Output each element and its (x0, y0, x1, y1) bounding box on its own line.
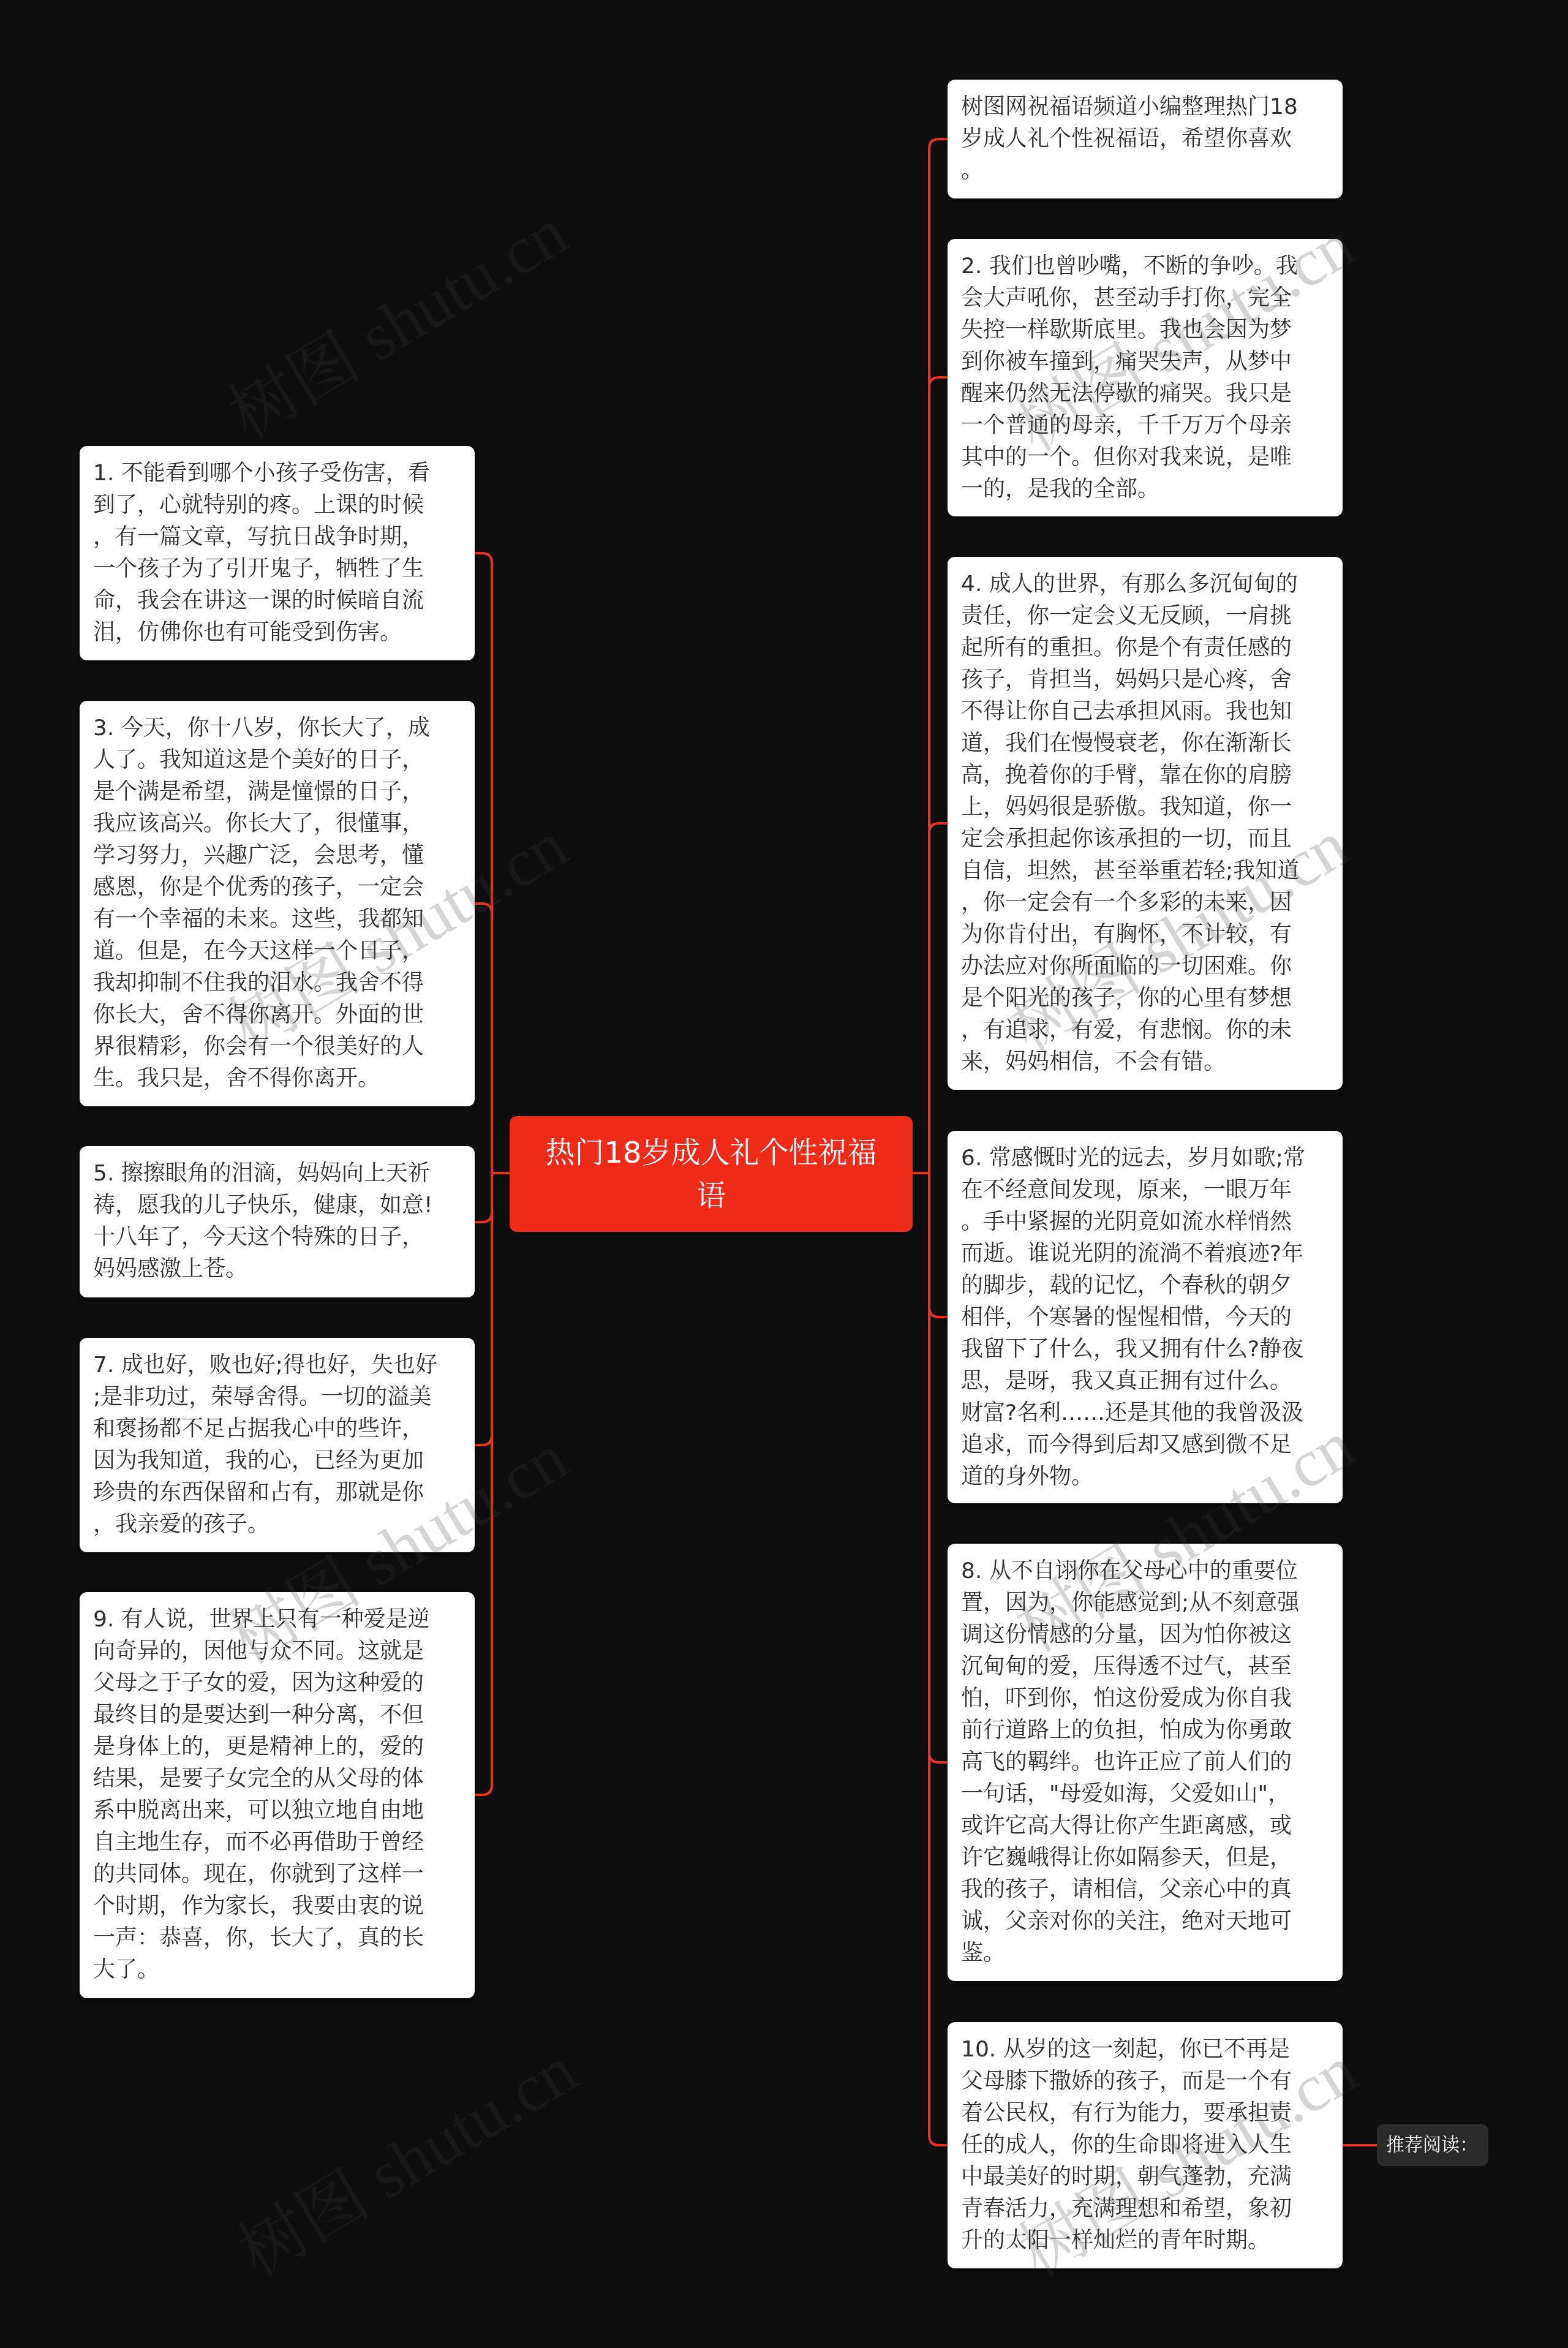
connector-left-1 (475, 553, 492, 1173)
text-line: 道的身外物。 (961, 1461, 1330, 1493)
text-line: 上，妈妈很是骄傲。我知道，你一 (961, 791, 1330, 823)
text-line: 起所有的重担。你是个有责任感的 (961, 632, 1330, 664)
text-line: 珍贵的东西保留和占有，那就是你 (93, 1477, 462, 1509)
topic-node-4: 4. 成人的世界，有那么多沉甸甸的责任，你一定会义无反顾，一肩挑起所有的重担。你… (948, 557, 1343, 1090)
text-line: 来，妈妈相信，不会有错。 (961, 1046, 1330, 1078)
text-line: ，你一定会有一个多彩的未来，因 (961, 887, 1330, 919)
connector-right-5 (929, 1173, 948, 1762)
text-line: 向奇异的，因他与众不同。这就是 (93, 1636, 462, 1667)
text-line: 十八年了，今天这个特殊的日子， (93, 1221, 462, 1253)
text-line: 办法应对你所面临的一切困难。你 (961, 951, 1330, 983)
text-line: 一个普通的母亲，千千万万个母亲 (961, 410, 1330, 442)
text-line: 妈妈感激上苍。 (93, 1253, 462, 1285)
text-line: 5. 擦擦眼角的泪滴，妈妈向上天祈 (93, 1158, 462, 1190)
text-line: 在不经意间发现，原来，一眼万年 (961, 1174, 1330, 1206)
text-line: 个时期，作为家长，我要由衷的说 (93, 1890, 462, 1922)
text-line: 祷，愿我的儿子快乐，健康，如意! (93, 1190, 462, 1221)
text-line: 是个阳光的孩子，你的心里有梦想 (961, 983, 1330, 1014)
text-line: 追求，而今得到后却又感到微不足 (961, 1429, 1330, 1461)
text-line: 结果，是要子女完全的从父母的体 (93, 1763, 462, 1795)
topic-text: 5. 擦擦眼角的泪滴，妈妈向上天祈祷，愿我的儿子快乐，健康，如意!十八年了，今天… (93, 1158, 462, 1285)
topic-node-6: 6. 常感慨时光的远去，岁月如歌;常在不经意间发现，原来，一眼万年。手中紧握的光… (948, 1131, 1343, 1503)
text-line: 命，我会在讲这一课的时候暗自流 (93, 585, 462, 617)
topic-text: 1. 不能看到哪个小孩子受伤害，看到了，心就特别的疼。上课的时候，有一篇文章，写… (93, 458, 462, 649)
text-line: 不得让你自己去承担风雨。我也知 (961, 696, 1330, 728)
topic-text: 3. 今天，你十八岁，你长大了，成人了。我知道这是个美好的日子，是个满是希望，满… (93, 712, 462, 1095)
text-line: 或许它高大得让你产生距离感，或 (961, 1810, 1330, 1842)
text-line: 8. 从不自诩你在父母心中的重要位 (961, 1555, 1330, 1587)
text-line: 会大声吼你，甚至动手打你，完全 (961, 282, 1330, 314)
connector-right-6 (929, 1173, 948, 2145)
topic-text: 8. 从不自诩你在父母心中的重要位置，因为，你能感觉到;从不刻意强调这份情感的分… (961, 1555, 1330, 1969)
topic-node-2: 2. 我们也曾吵嘴，不断的争吵。我会大声吼你，甚至动手打你，完全失控一样歇斯底里… (948, 239, 1343, 516)
text-line: 沉甸甸的爱，压得透不过气，甚至 (961, 1651, 1330, 1683)
text-line: 道。但是，在今天这样一个日子， (93, 935, 462, 967)
topic-node-3: 3. 今天，你十八岁，你长大了，成人了。我知道这是个美好的日子，是个满是希望，满… (80, 701, 475, 1106)
text-line: ，有追求，有爱，有悲悯。你的未 (961, 1014, 1330, 1046)
text-line: 一句话，"母爱如海，父爱如山"， (961, 1778, 1330, 1810)
text-line: 感恩，你是个优秀的孩子，一定会 (93, 872, 462, 904)
text-line: 责任，你一定会义无反顾，一肩挑 (961, 600, 1330, 632)
text-line: 而逝。谁说光阴的流淌不着痕迹?年 (961, 1238, 1330, 1270)
text-line: 学习努力，兴趣广泛，会思考，懂 (93, 840, 462, 872)
text-line: 前行道路上的负担，怕成为你勇敢 (961, 1715, 1330, 1746)
text-line: 为你肯付出，有胸怀，不计较，有 (961, 919, 1330, 951)
topic-text: 4. 成人的世界，有那么多沉甸甸的责任，你一定会义无反顾，一肩挑起所有的重担。你… (961, 568, 1330, 1078)
recommended-reading-link[interactable]: 推荐阅读： (1377, 2124, 1488, 2166)
text-line: 的共同体。现在，你就到了这样一 (93, 1859, 462, 1890)
topic-node-10: 10. 从岁的这一刻起，你已不再是父母膝下撒娇的孩子，而是一个有着公民权，有行为… (948, 2022, 1343, 2268)
topic-node-8: 8. 从不自诩你在父母心中的重要位置，因为，你能感觉到;从不刻意强调这份情感的分… (948, 1544, 1343, 1981)
text-line: 置，因为，你能感觉到;从不刻意强 (961, 1587, 1330, 1619)
text-line: 有一个幸福的未来。这些，我都知 (93, 904, 462, 935)
text-line: 是身体上的，更是精神上的，爱的 (93, 1731, 462, 1763)
text-line: 最终目的是要达到一种分离，不但 (93, 1699, 462, 1731)
text-line: 父母之于子女的爱，因为这种爱的 (93, 1667, 462, 1699)
text-line: 怕，吓到你，怕这份爱成为你自我 (961, 1683, 1330, 1715)
text-line: 到你被车撞到，痛哭失声，从梦中 (961, 346, 1330, 378)
root-node: 热门18岁成人礼个性祝福语 (510, 1116, 913, 1232)
text-line: 是个满是希望，满是憧憬的日子， (93, 776, 462, 808)
text-line: 孩子，肯担当，妈妈只是心疼，舍 (961, 664, 1330, 696)
text-line: 10. 从岁的这一刻起，你已不再是 (961, 2034, 1330, 2066)
text-line: 泪，仿佛你也有可能受到伤害。 (93, 617, 462, 649)
text-line: ，有一篇文章，写抗日战争时期， (93, 521, 462, 553)
connector-left-4 (475, 1173, 492, 1445)
text-line: 大了。 (93, 1954, 462, 1986)
text-line: 人了。我知道这是个美好的日子， (93, 744, 462, 776)
topic-text: 7. 成也好，败也好;得也好，失也好;是非功过，荣辱舍得。一切的溢美和褒扬都不足… (93, 1350, 462, 1541)
text-line: 到了，心就特别的疼。上课的时候 (93, 489, 462, 521)
topic-node-1: 1. 不能看到哪个小孩子受伤害，看到了，心就特别的疼。上课的时候，有一篇文章，写… (80, 446, 475, 660)
topic-node-5: 5. 擦擦眼角的泪滴，妈妈向上天祈祷，愿我的儿子快乐，健康，如意!十八年了，今天… (80, 1146, 475, 1297)
text-line: 诚，父亲对你的关注，绝对天地可 (961, 1906, 1330, 1938)
text-line: 热门18岁成人礼个性祝福 (545, 1131, 876, 1174)
text-line: 我却抑制不住我的泪水。我舍不得 (93, 967, 462, 999)
connector-left-3 (475, 1173, 492, 1222)
text-line: 我的孩子，请相信，父亲心中的真 (961, 1874, 1330, 1906)
topic-node-7: 7. 成也好，败也好;得也好，失也好;是非功过，荣辱舍得。一切的溢美和褒扬都不足… (80, 1338, 475, 1552)
topic-text: 树图网祝福语频道小编整理热门18岁成人礼个性祝福语，希望你喜欢。 (961, 91, 1330, 187)
text-line: ，我亲爱的孩子。 (93, 1509, 462, 1541)
text-line: ;是非功过，荣辱舍得。一切的溢美 (93, 1381, 462, 1413)
text-line: 青春活力，充满理想和希望，象初 (961, 2193, 1330, 2225)
topic-text: 9. 有人说，世界上只有一种爱是逆向奇异的，因他与众不同。这就是父母之于子女的爱… (93, 1604, 462, 1986)
topic-node-intro: 树图网祝福语频道小编整理热门18岁成人礼个性祝福语，希望你喜欢。 (948, 80, 1343, 198)
text-line: 我应该高兴。你长大了，很懂事， (93, 808, 462, 840)
connector-left-2 (475, 904, 492, 1173)
text-line: 父母膝下撒娇的孩子，而是一个有 (961, 2066, 1330, 2097)
text-line: 醒来仍然无法停歇的痛哭。我只是 (961, 378, 1330, 410)
text-line: 调这份情感的分量，因为怕你被这 (961, 1619, 1330, 1651)
text-line: 。手中紧握的光阴竟如流水样悄然 (961, 1206, 1330, 1238)
text-line: 许它巍峨得让你如隔参天，但是， (961, 1842, 1330, 1874)
text-line: 一的，是我的全部。 (961, 474, 1330, 505)
text-line: 失控一样歇斯底里。我也会因为梦 (961, 314, 1330, 346)
text-line: 任的成人，你的生命即将进入人生 (961, 2129, 1330, 2161)
text-line: 的脚步，载的记忆，个春秋的朝夕 (961, 1270, 1330, 1302)
text-line: 定会承担起你该承担的一切，而且 (961, 823, 1330, 855)
text-line: 高，挽着你的手臂，靠在你的肩膀 (961, 760, 1330, 791)
text-line: 6. 常感慨时光的远去，岁月如歌;常 (961, 1142, 1330, 1174)
text-line: 1. 不能看到哪个小孩子受伤害，看 (93, 458, 462, 489)
text-line: 界很精彩，你会有一个很美好的人 (93, 1031, 462, 1063)
connector-left-5 (475, 1173, 492, 1795)
text-line: 因为我知道，我的心，已经为更加 (93, 1445, 462, 1477)
text-line: 思，是呀，我又真正拥有过什么。 (961, 1365, 1330, 1397)
connector-right-1 (929, 139, 948, 1173)
text-line: 9. 有人说，世界上只有一种爱是逆 (93, 1604, 462, 1636)
text-line: 升的太阳一样灿烂的青年时期。 (961, 2225, 1330, 2257)
connector-right-3 (929, 823, 948, 1173)
text-line: 语 (545, 1174, 876, 1217)
text-line: 树图网祝福语频道小编整理热门18 (961, 91, 1330, 123)
text-line: 自信，坦然，甚至举重若轻;我知道 (961, 855, 1330, 887)
text-line: 道，我们在慢慢衰老，你在渐渐长 (961, 728, 1330, 760)
topic-text: 10. 从岁的这一刻起，你已不再是父母膝下撒娇的孩子，而是一个有着公民权，有行为… (961, 2034, 1330, 2257)
text-line: 你长大，舍不得你离开。外面的世 (93, 999, 462, 1031)
text-line: 着公民权，有行为能力，要承担责 (961, 2097, 1330, 2129)
root-title: 热门18岁成人礼个性祝福语 (545, 1131, 876, 1217)
text-line: 生。我只是，舍不得你离开。 (93, 1063, 462, 1095)
connector-right-2 (929, 377, 948, 1173)
text-line: 和褒扬都不足占据我心中的些许， (93, 1413, 462, 1445)
text-line: 自主地生存，而不必再借助于曾经 (93, 1827, 462, 1859)
text-line: 7. 成也好，败也好;得也好，失也好 (93, 1350, 462, 1381)
topic-text: 2. 我们也曾吵嘴，不断的争吵。我会大声吼你，甚至动手打你，完全失控一样歇斯底里… (961, 251, 1330, 505)
text-line: 2. 我们也曾吵嘴，不断的争吵。我 (961, 251, 1330, 282)
text-line: 财富?名利……还是其他的我曾汲汲 (961, 1397, 1330, 1429)
text-line: 系中脱离出来，可以独立地自由地 (93, 1795, 462, 1827)
text-line: 其中的一个。但你对我来说，是唯 (961, 442, 1330, 474)
text-line: 3. 今天，你十八岁，你长大了，成 (93, 712, 462, 744)
text-line: 我留下了什么，我又拥有什么?静夜 (961, 1334, 1330, 1365)
text-line: 鉴。 (961, 1938, 1330, 1969)
text-line: 岁成人礼个性祝福语，希望你喜欢 (961, 123, 1330, 155)
text-line: 一个孩子为了引开鬼子，牺牲了生 (93, 553, 462, 585)
text-line: 高飞的羁绊。也许正应了前人们的 (961, 1746, 1330, 1778)
topic-node-9: 9. 有人说，世界上只有一种爱是逆向奇异的，因他与众不同。这就是父母之于子女的爱… (80, 1592, 475, 1998)
connector-right-4 (929, 1173, 948, 1317)
text-line: 中最美好的时期，朝气蓬勃，充满 (961, 2161, 1330, 2193)
text-line: 一声：恭喜，你，长大了，真的长 (93, 1922, 462, 1954)
topic-text: 6. 常感慨时光的远去，岁月如歌;常在不经意间发现，原来，一眼万年。手中紧握的光… (961, 1142, 1330, 1493)
text-line: 。 (961, 155, 1330, 187)
text-line: 相伴，个寒暑的惺惺相惜，今天的 (961, 1302, 1330, 1334)
text-line: 4. 成人的世界，有那么多沉甸甸的 (961, 568, 1330, 600)
